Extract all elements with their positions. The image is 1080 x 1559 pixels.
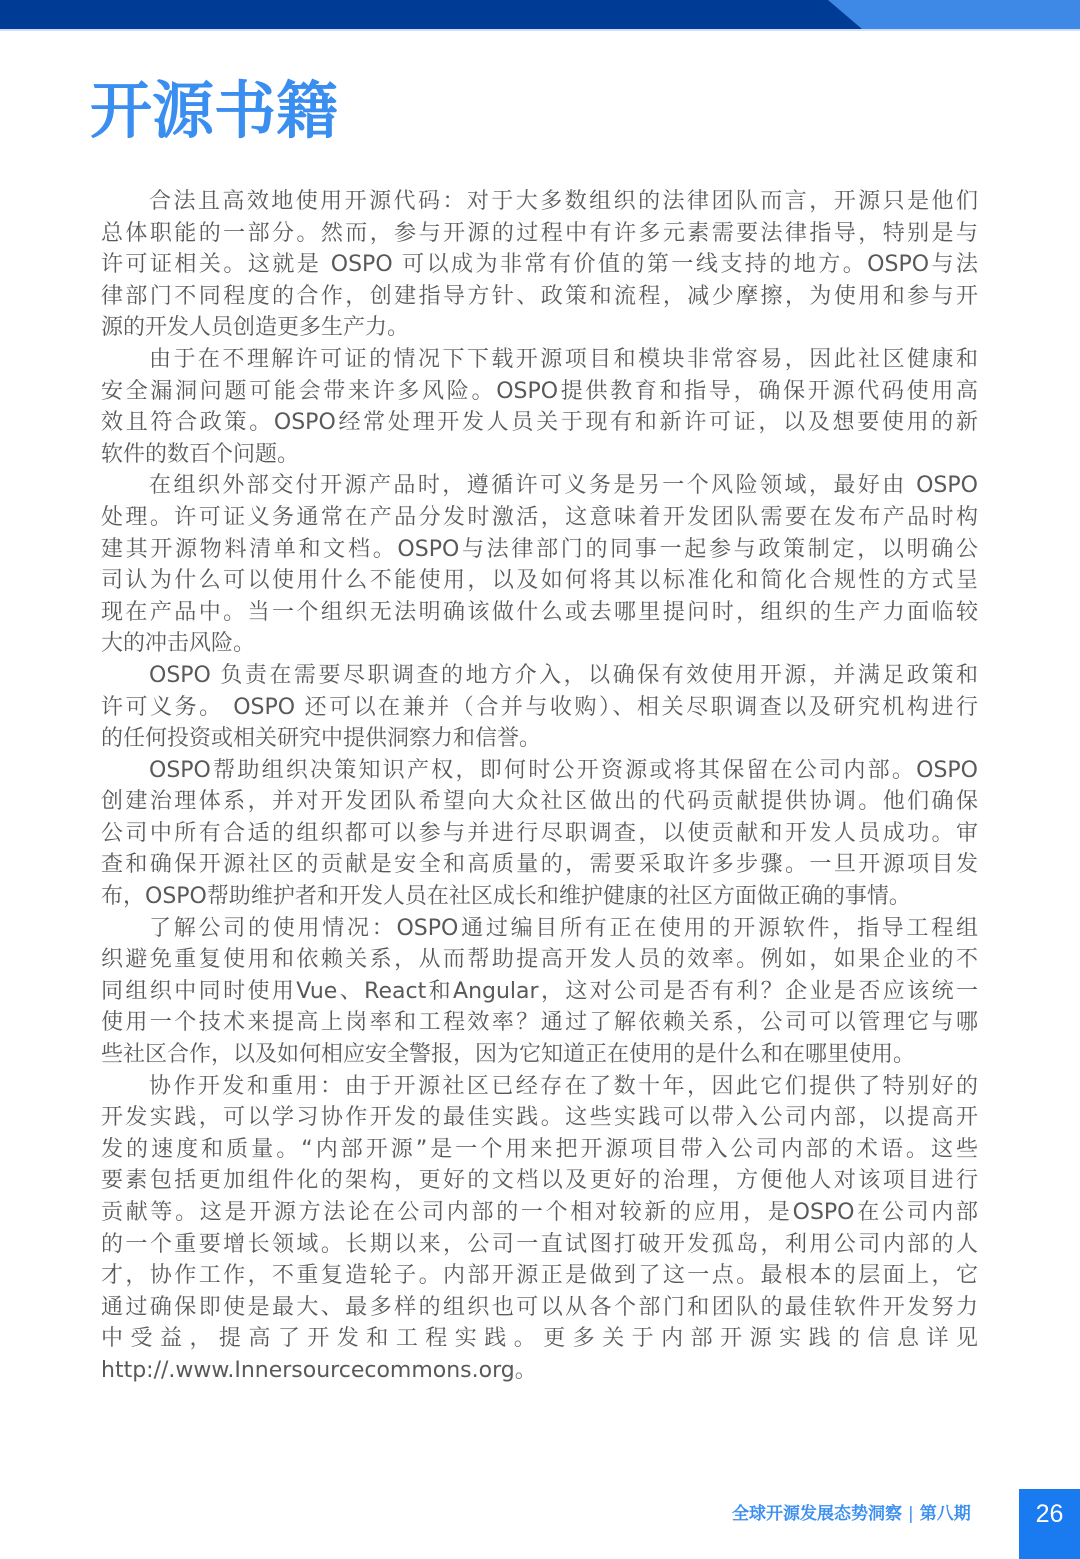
paragraph-line: 司认为什么可以使用什么不能使用，以及如何将其以标准化和简化合规性的方式呈 (101, 565, 978, 597)
paragraph-line: 许可证相关。这就是 OSPO 可以成为非常有价值的第一线支持的地方。OSPO与法 (101, 249, 978, 281)
page-title: 开源书籍 (90, 72, 338, 150)
footer-publication-title: 全球开源发展态势洞察 (732, 1504, 902, 1524)
paragraph-line: http://.www.Innersourcecommons.org。 (101, 1355, 978, 1387)
paragraph-line: 织避免重复使用和依赖关系，从而帮助提高开发人员的效率。例如，如果企业的不 (101, 944, 978, 976)
paragraph-line: 合法且高效地使用开源代码：对于大多数组织的法律团队而言，开源只是他们 (101, 186, 978, 218)
paragraph-line: 软件的数百个问题。 (101, 439, 978, 471)
paragraph-line: OSPO 负责在需要尽职调查的地方介入，以确保有效使用开源，并满足政策和 (101, 660, 978, 692)
paragraph-line: 大的冲击风险。 (101, 628, 978, 660)
paragraph-line: 现在产品中。当一个组织无法明确该做什么或去哪里提问时，组织的生产力面临较 (101, 597, 978, 629)
paragraph: 由于在不理解许可证的情况下下载开源项目和模块非常容易，因此社区健康和安全漏洞问题… (101, 344, 978, 470)
paragraph: 协作开发和重用：由于开源社区已经存在了数十年，因此它们提供了特别好的开发实践，可… (101, 1071, 978, 1387)
paragraph-line: 由于在不理解许可证的情况下下载开源项目和模块非常容易，因此社区健康和 (101, 344, 978, 376)
paragraph-line: 些社区合作，以及如何相应安全警报，因为它知道正在使用的是什么和在哪里使用。 (101, 1039, 978, 1071)
footer-separator: | (908, 1500, 914, 1528)
paragraph-line: 处理。许可证义务通常在产品分发时激活，这意味着开发团队需要在发布产品时构 (101, 502, 978, 534)
paragraph-line: 创建治理体系，并对开发团队希望向大众社区做出的代码贡献提供协调。他们确保 (101, 786, 978, 818)
header-bar-dark-segment (0, 0, 1080, 29)
paragraph-line: 了解公司的使用情况：OSPO通过编目所有正在使用的开源软件，指导工程组 (101, 913, 978, 945)
paragraph-line: 要素包括更加组件化的架构，更好的文档以及更好的治理，方便他人对该项目进行 (101, 1165, 978, 1197)
paragraph-line: 源的开发人员创造更多生产力。 (101, 312, 978, 344)
header-divider (0, 29, 1080, 31)
paragraph-line: 查和确保开源社区的贡献是安全和高质量的，需要采取许多步骤。一旦开源项目发 (101, 849, 978, 881)
page-number-badge: 26 (1019, 1489, 1080, 1559)
paragraph-line: 效且符合政策。OSPO经常处理开发人员关于现有和新许可证，以及想要使用的新 (101, 407, 978, 439)
paragraph-line: 开发实践，可以学习协作开发的最佳实践。这些实践可以带入公司内部，以提高开 (101, 1102, 978, 1134)
paragraph-line: 律部门不同程度的合作，创建指导方针、政策和流程，减少摩擦，为使用和参与开 (101, 281, 978, 313)
paragraph-line: 通过确保即使是最大、最多样的组织也可以从各个部门和团队的最佳软件开发努力 (101, 1292, 978, 1324)
paragraph-line: 发的速度和质量。“内部开源”是一个用来把开源项目带入公司内部的术语。这些 (101, 1134, 978, 1166)
paragraph-line: 在组织外部交付开源产品时，遵循许可义务是另一个风险领域，最好由 OSPO (101, 470, 978, 502)
paragraph-line: 才，协作工作，不重复造轮子。内部开源正是做到了这一点。最根本的层面上，它 (101, 1260, 978, 1292)
footer-publication-info: 全球开源发展态势洞察|第八期 (732, 1500, 971, 1528)
paragraph-line: 公司中所有合适的组织都可以参与并进行尽职调查，以使贡献和开发人员成功。审 (101, 818, 978, 850)
paragraph-line: 协作开发和重用：由于开源社区已经存在了数十年，因此它们提供了特别好的 (101, 1071, 978, 1103)
paragraph-line: 同组织中同时使用Vue、React和Angular，这对公司是否有利？企业是否应… (101, 976, 978, 1008)
paragraph: OSPO帮助组织决策知识产权，即何时公开资源或将其保留在公司内部。OSPO创建治… (101, 755, 978, 913)
paragraph-line: 中受益，提高了开发和工程实践。更多关于内部开源实践的信息详见 (101, 1323, 978, 1355)
paragraph: OSPO 负责在需要尽职调查的地方介入，以确保有效使用开源，并满足政策和许可义务… (101, 660, 978, 755)
page-number: 26 (1019, 1499, 1080, 1529)
paragraph: 在组织外部交付开源产品时，遵循许可义务是另一个风险领域，最好由 OSPO处理。许… (101, 470, 978, 660)
paragraph-line: 总体职能的一部分。然而，参与开源的过程中有许多元素需要法律指导，特别是与 (101, 218, 978, 250)
paragraph-line: 的任何投资或相关研究中提供洞察力和信誉。 (101, 723, 978, 755)
paragraph-line: OSPO帮助组织决策知识产权，即何时公开资源或将其保留在公司内部。OSPO (101, 755, 978, 787)
paragraph-line: 的一个重要增长领域。长期以来，公司一直试图打破开发孤岛，利用公司内部的人 (101, 1229, 978, 1261)
paragraph-line: 布，OSPO帮助维护者和开发人员在社区成长和维护健康的社区方面做正确的事情。 (101, 881, 978, 913)
paragraph-line: 使用一个技术来提高上岗率和工程效率？通过了解依赖关系，公司可以管理它与哪 (101, 1007, 978, 1039)
paragraph: 了解公司的使用情况：OSPO通过编目所有正在使用的开源软件，指导工程组织避免重复… (101, 913, 978, 1071)
paragraph: 合法且高效地使用开源代码：对于大多数组织的法律团队而言，开源只是他们总体职能的一… (101, 186, 978, 344)
paragraph-line: 安全漏洞问题可能会带来许多风险。OSPO提供教育和指导，确保开源代码使用高 (101, 376, 978, 408)
paragraph-line: 贡献等。这是开源方法论在公司内部的一个相对较新的应用，是OSPO在公司内部 (101, 1197, 978, 1229)
paragraph-line: 建其开源物料清单和文档。OSPO与法律部门的同事一起参与政策制定，以明确公 (101, 534, 978, 566)
article-body: 合法且高效地使用开源代码：对于大多数组织的法律团队而言，开源只是他们总体职能的一… (101, 186, 978, 1387)
paragraph-line: 许可义务。 OSPO 还可以在兼并（合并与收购）、相关尽职调查以及研究机构进行 (101, 692, 978, 724)
footer-issue: 第八期 (920, 1504, 971, 1524)
header-bar (0, 0, 1080, 29)
